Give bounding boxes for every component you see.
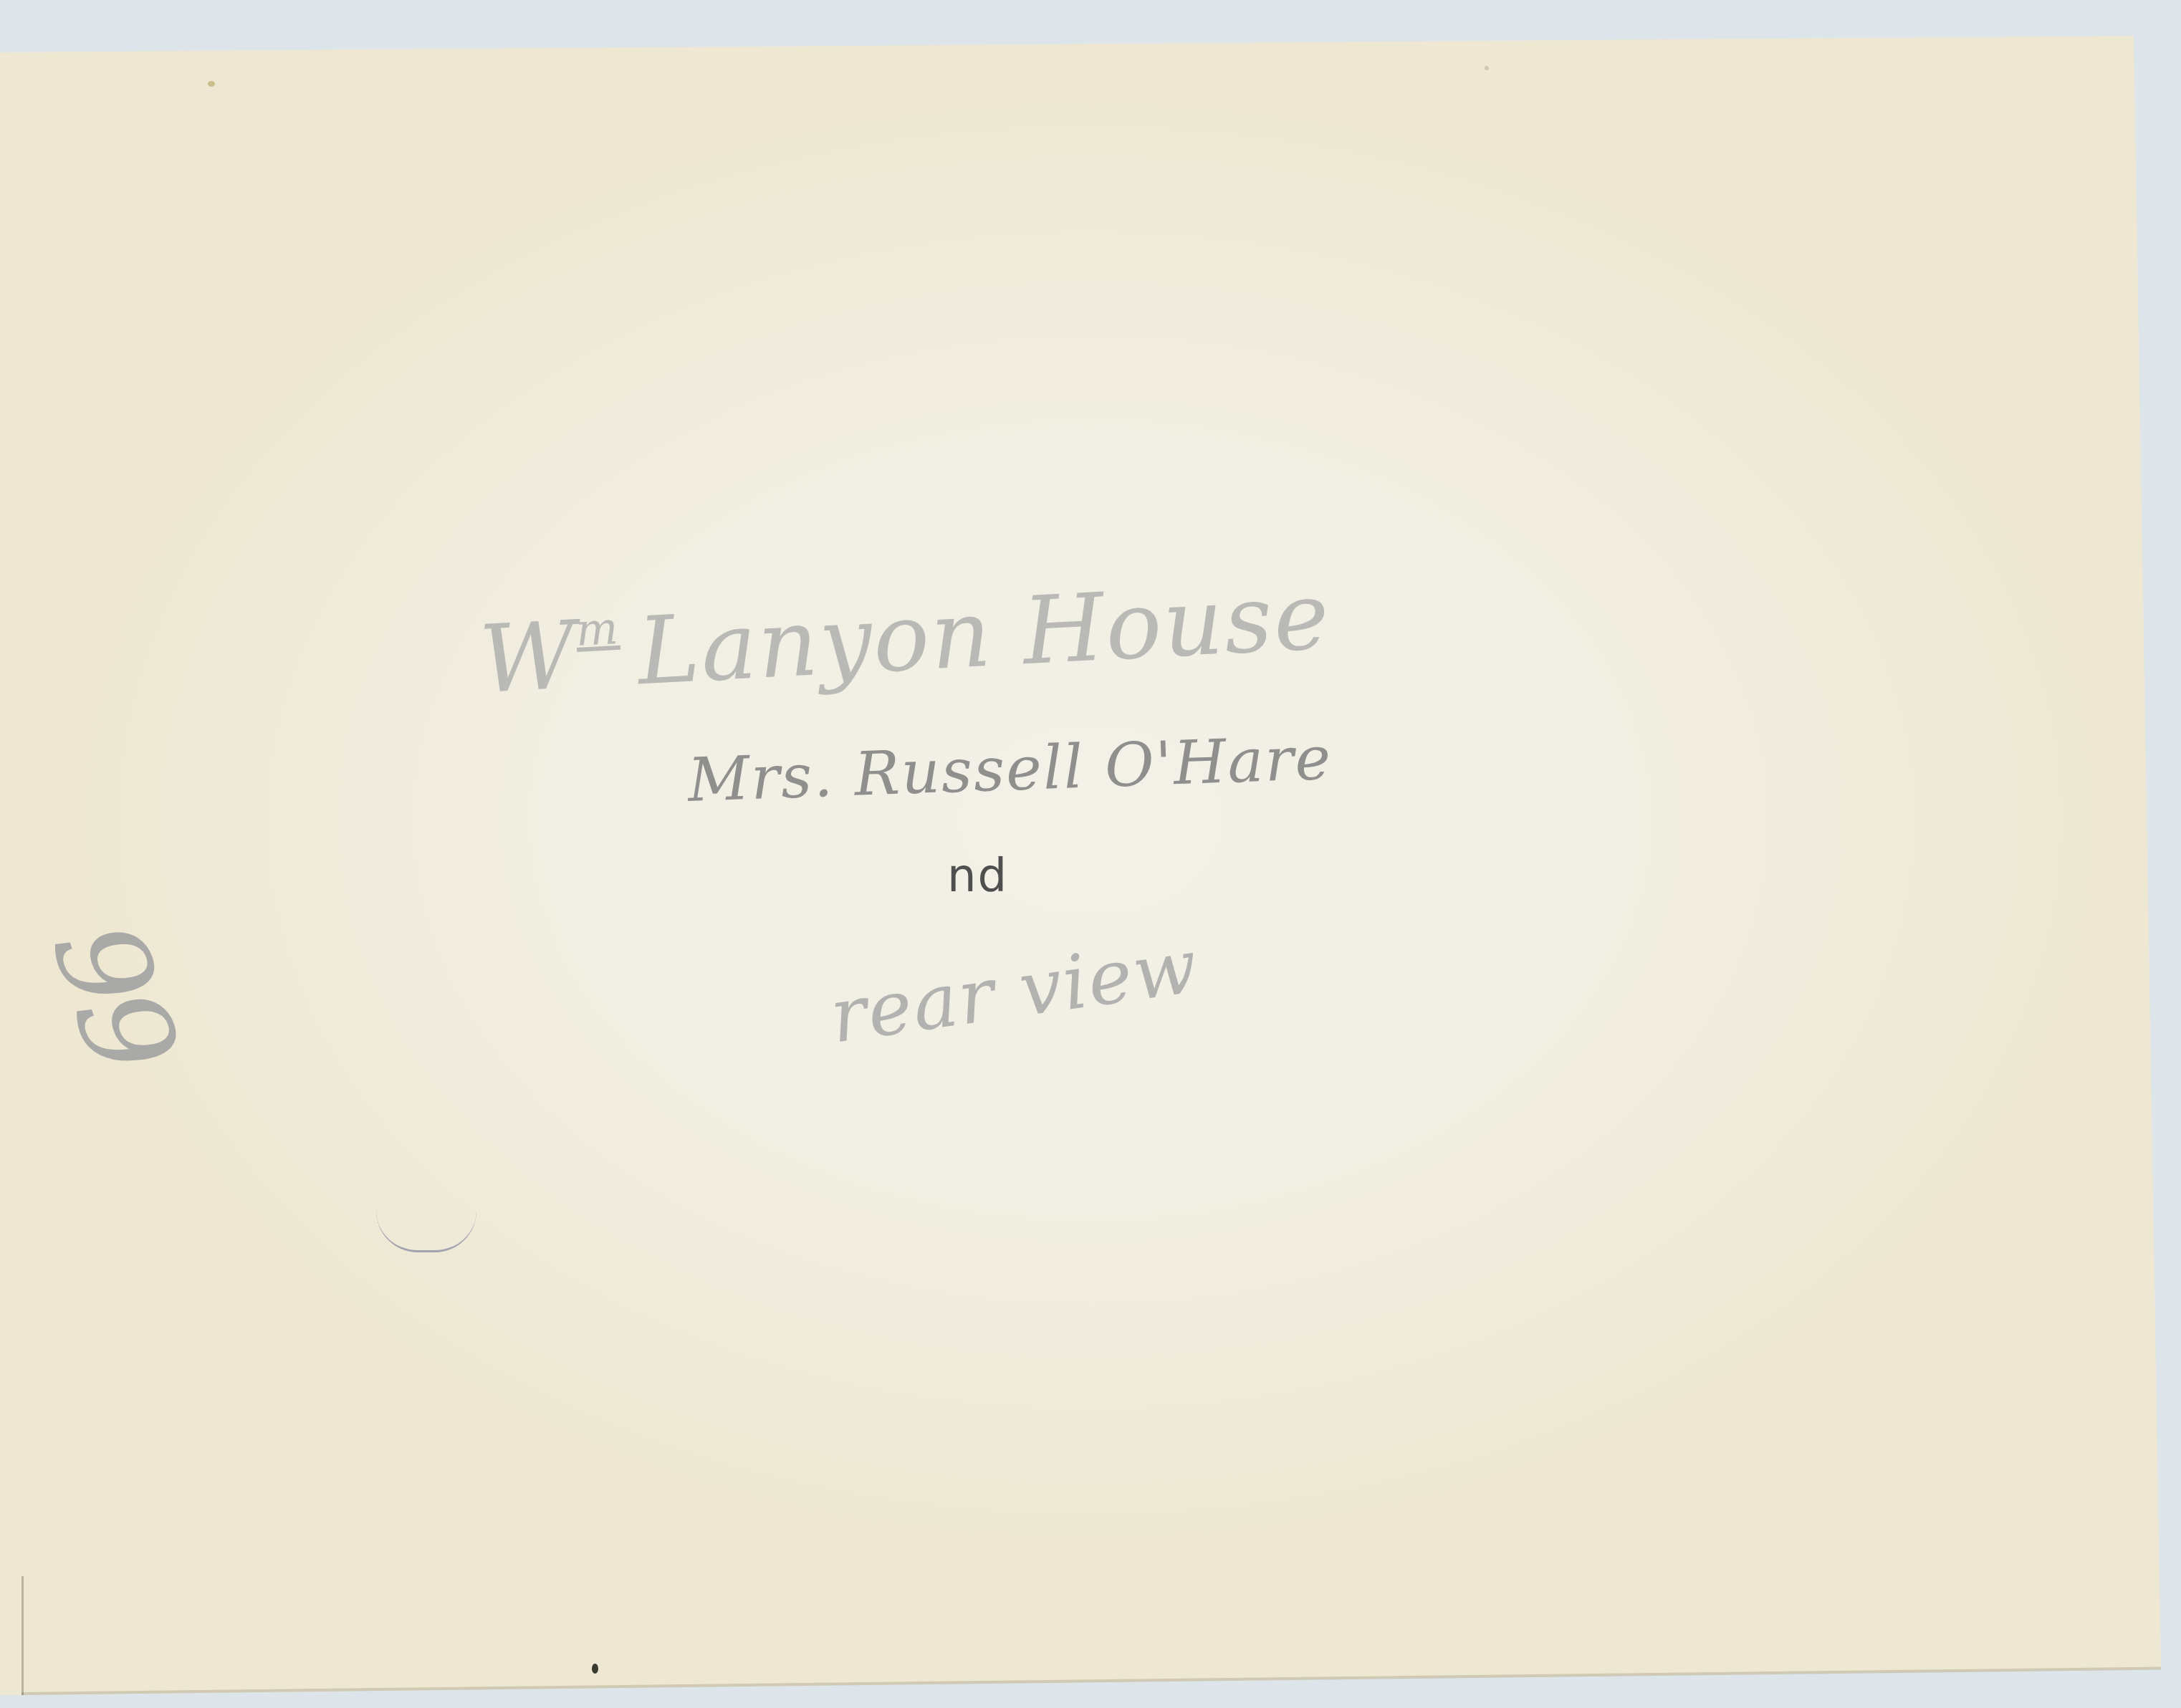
paper-left-edge	[21, 1576, 24, 1695]
title-prefix: W	[477, 600, 580, 714]
photo-back-paper	[0, 0, 2181, 1708]
handwritten-date: nd	[947, 850, 1008, 903]
ink-speck	[592, 1664, 598, 1674]
paper-speck	[208, 81, 215, 87]
paper-speck	[1485, 66, 1489, 70]
title-prefix-superscript: m	[575, 602, 621, 656]
